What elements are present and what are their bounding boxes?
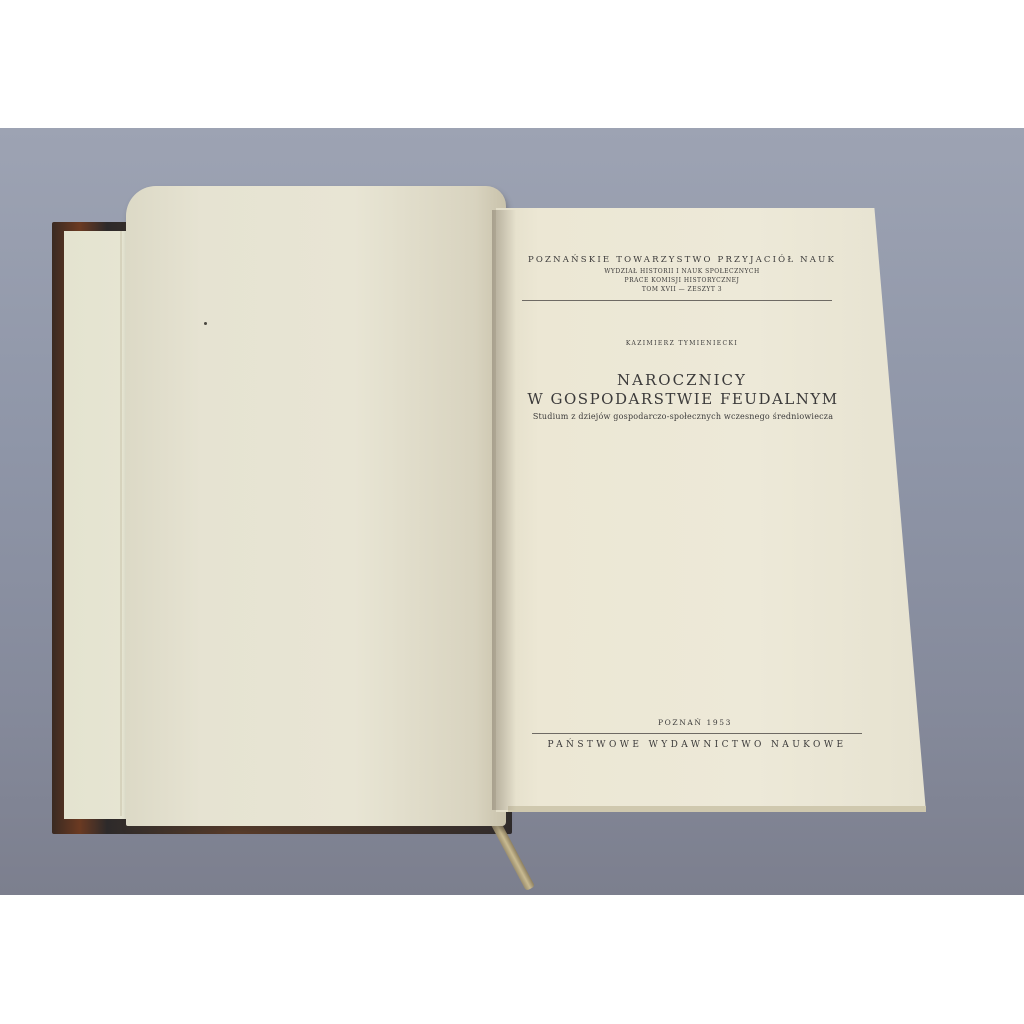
gutter-shadow: [492, 210, 516, 810]
bottom-rule: [532, 733, 862, 734]
place-and-year: POZNAŃ 1953: [540, 718, 850, 727]
department-name: WYDZIAŁ HISTORII I NAUK SPOŁECZNYCH: [522, 268, 842, 275]
society-name: POZNAŃSKIE TOWARZYSTWO PRZYJACIÓŁ NAUK: [522, 255, 842, 265]
book-title-line-1: NAROCZNICY: [522, 371, 842, 389]
series-name: PRACE KOMISJI HISTORYCZNEJ: [522, 277, 842, 284]
paper-speck: [204, 322, 207, 325]
top-rule: [522, 300, 832, 301]
endpaper-fold: [120, 231, 122, 816]
book-title-line-2: W GOSPODARSTWIE FEUDALNYM: [522, 390, 844, 408]
publisher-name: PAŃSTWOWE WYDAWNICTWO NAUKOWE: [532, 740, 862, 750]
volume-number: TOM XVII — ZESZYT 3: [522, 286, 842, 293]
blank-flyleaf-page: [126, 186, 506, 826]
author-name: KAZIMIERZ TYMIENIECKI: [522, 340, 842, 347]
book-subtitle: Studium z dziejów gospodarczo-społecznyc…: [522, 412, 844, 421]
page-edge: [508, 806, 926, 812]
book-photo: POZNAŃSKIE TOWARZYSTWO PRZYJACIÓŁ NAUK W…: [0, 128, 1024, 895]
